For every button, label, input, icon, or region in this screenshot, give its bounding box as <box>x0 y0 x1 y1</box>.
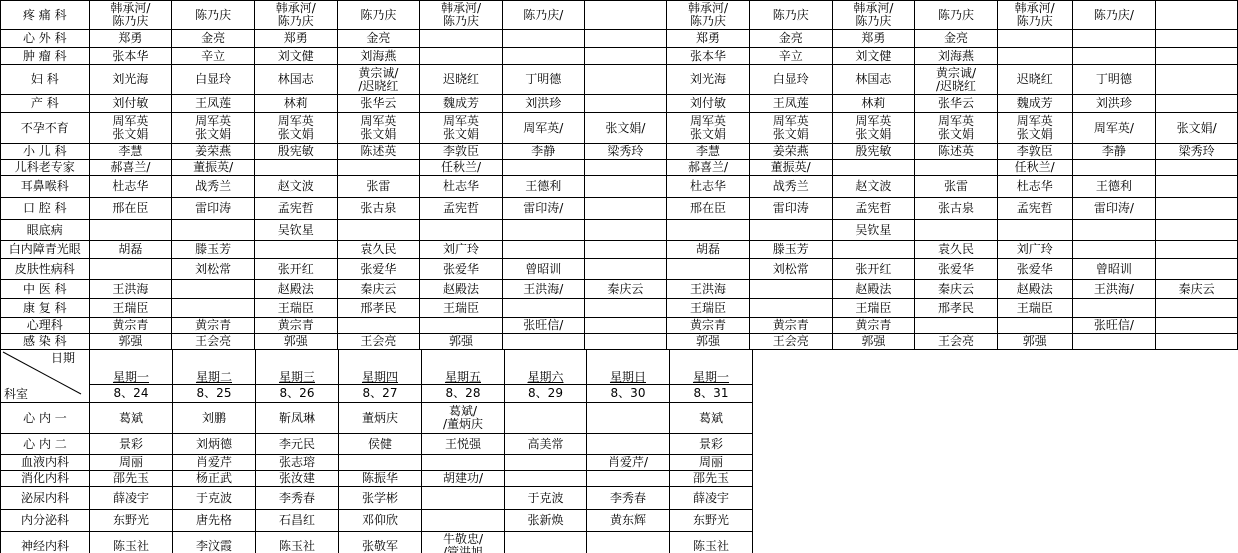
date-row: 8、24 8、25 8、26 8、27 8、28 8、29 8、30 8、31 <box>1 384 753 402</box>
doctor-cell: 李静 <box>1072 144 1156 160</box>
table-row: 口 腔 科邢在臣雷印涛孟宪哲张古泉孟宪哲雷印涛/邢在臣雷印涛孟宪哲张古泉孟宪哲雷… <box>1 198 1238 220</box>
doctor-cell: 殷宪敏 <box>832 144 915 160</box>
doctor-cell: 李元民 <box>256 434 339 455</box>
doctor-cell <box>1156 1 1238 30</box>
table-row: 心理科黄宗青黄宗青黄宗青张旺信/黄宗青黄宗青黄宗青张旺信/ <box>1 318 1238 334</box>
date-header: 8、25 <box>173 384 256 402</box>
doctor-cell: 张华云 <box>337 95 420 113</box>
doctor-cell <box>584 334 667 350</box>
dept-axis-label: 科室 <box>4 388 28 401</box>
doctor-cell: 魏成芳 <box>997 95 1072 113</box>
doctor-cell: 李静 <box>502 144 584 160</box>
doctor-cell <box>502 299 584 318</box>
doctor-cell: 滕玉芳 <box>749 241 832 259</box>
doctor-cell <box>1072 241 1156 259</box>
doctor-cell: 石昌红 <box>256 510 339 532</box>
doctor-cell: 吴钦星 <box>832 220 915 241</box>
table-row: 耳鼻喉科杜志华战秀兰赵文波张雷杜志华王德利杜志华战秀兰赵文波张雷杜志华王德利 <box>1 176 1238 198</box>
doctor-cell: 张旺信/ <box>1072 318 1156 334</box>
date-header: 8、24 <box>90 384 173 402</box>
doctor-cell: 雷印涛/ <box>1072 198 1156 220</box>
doctor-cell: 张雷 <box>337 176 420 198</box>
table-row: 泌尿内科薛凌宇于克波李秀春张学彬于克波李秀春薛凌宇 <box>1 487 753 510</box>
doctor-cell <box>587 532 670 553</box>
doctor-cell: 周军英 张文娟 <box>832 113 915 144</box>
doctor-cell: 战秀兰 <box>749 176 832 198</box>
doctor-cell: 刘广玲 <box>997 241 1072 259</box>
doctor-cell: 邓仰欣 <box>339 510 422 532</box>
doctor-cell: 薛凌宇 <box>670 487 753 510</box>
doctor-cell: 李秀春 <box>256 487 339 510</box>
bottom-schedule-table: 日期 科室 星期一 星期二 星期三 星期四 星期五 星期六 星期日 星期一 8、… <box>0 349 753 553</box>
table-row: 中 医 科王洪海赵殿法秦庆云赵殿法王洪海/秦庆云王洪海赵殿法秦庆云赵殿法王洪海/… <box>1 280 1238 299</box>
doctor-cell <box>749 299 832 318</box>
doctor-cell <box>502 48 584 65</box>
doctor-cell <box>584 198 667 220</box>
doctor-cell: 葛斌 <box>90 403 173 434</box>
weekday-header: 星期三 <box>256 350 339 385</box>
doctor-cell: 白显玲 <box>749 65 832 95</box>
doctor-cell <box>1156 334 1238 350</box>
doctor-cell: 胡磊 <box>89 241 172 259</box>
doctor-cell: 杜志华 <box>89 176 172 198</box>
date-header: 8、29 <box>505 384 587 402</box>
doctor-cell <box>587 403 670 434</box>
date-header: 8、31 <box>670 384 753 402</box>
doctor-cell: 陈玉社 <box>670 532 753 553</box>
doctor-cell <box>667 220 750 241</box>
doctor-cell: 任秋兰/ <box>997 160 1072 176</box>
doctor-cell <box>584 318 667 334</box>
doctor-cell: 杜志华 <box>420 176 503 198</box>
doctor-cell: 周军英 张文娟 <box>420 113 503 144</box>
doctor-cell: 黄宗青 <box>89 318 172 334</box>
doctor-cell <box>337 220 420 241</box>
doctor-cell: 张敬军 <box>339 532 422 553</box>
doctor-cell: 李慧 <box>89 144 172 160</box>
date-header: 8、27 <box>339 384 422 402</box>
doctor-cell: 周军英 张文娟 <box>915 113 998 144</box>
doctor-cell: 林国志 <box>832 65 915 95</box>
doctor-cell: 王瑞臣 <box>667 299 750 318</box>
doctor-cell: 秦庆云 <box>1156 280 1238 299</box>
doctor-cell: 陈乃庆/ <box>502 1 584 30</box>
doctor-cell <box>1156 65 1238 95</box>
table-row: 内分泌科东野光唐先格石昌红邓仰欣张新焕黄东辉东野光 <box>1 510 753 532</box>
doctor-cell <box>584 160 667 176</box>
doctor-cell: 张古泉 <box>915 198 998 220</box>
doctor-cell: 董炳庆 <box>339 403 422 434</box>
doctor-cell <box>422 487 505 510</box>
doctor-cell <box>997 318 1072 334</box>
doctor-cell <box>587 471 670 487</box>
doctor-cell <box>254 241 337 259</box>
doctor-cell <box>832 241 915 259</box>
department-name: 神经内科 <box>1 532 90 553</box>
doctor-cell: 张华云 <box>915 95 998 113</box>
doctor-cell: 王凤莲 <box>749 95 832 113</box>
department-name: 不孕不育 <box>1 113 90 144</box>
doctor-cell: 邵先玉 <box>670 471 753 487</box>
doctor-cell: 景彩 <box>90 434 173 455</box>
doctor-cell <box>1156 299 1238 318</box>
table-row: 康 复 科王瑞臣王瑞臣邢孝民王瑞臣王瑞臣王瑞臣邢孝民王瑞臣 <box>1 299 1238 318</box>
doctor-cell <box>749 280 832 299</box>
doctor-cell: 张学彬 <box>339 487 422 510</box>
doctor-cell: 周军英 张文娟 <box>997 113 1072 144</box>
doctor-cell: 黄宗诚/ /迟晓红 <box>337 65 420 95</box>
doctor-cell <box>584 220 667 241</box>
doctor-cell: 孟宪哲 <box>254 198 337 220</box>
table-row: 消化内科邵先玉杨正武张汝建陈振华胡建功/邵先玉 <box>1 471 753 487</box>
doctor-cell: 郑勇 <box>832 30 915 48</box>
doctor-cell: 陈乃庆 <box>172 1 255 30</box>
doctor-cell <box>1156 95 1238 113</box>
weekday-header: 星期六 <box>505 350 587 385</box>
doctor-cell: 张文娟/ <box>584 113 667 144</box>
department-name: 中 医 科 <box>1 280 90 299</box>
doctor-cell: 赵文波 <box>832 176 915 198</box>
doctor-cell: 杜志华 <box>997 176 1072 198</box>
doctor-cell: 张文娟/ <box>1156 113 1238 144</box>
doctor-cell: 王会亮 <box>915 334 998 350</box>
doctor-cell: 葛斌/ /董炳庆 <box>422 403 505 434</box>
doctor-cell: 陈述英 <box>915 144 998 160</box>
doctor-cell <box>254 160 337 176</box>
doctor-cell: 葛斌 <box>670 403 753 434</box>
department-name: 小 儿 科 <box>1 144 90 160</box>
department-name: 心理科 <box>1 318 90 334</box>
table-row: 皮肤性病科刘松常张开红张爱华张爱华曾昭训刘松常张开红张爱华张爱华曾昭训 <box>1 259 1238 280</box>
doctor-cell: 王瑞臣 <box>420 299 503 318</box>
doctor-cell: 周丽 <box>670 455 753 471</box>
doctor-cell: 丁明德 <box>1072 65 1156 95</box>
doctor-cell: 刘光海 <box>89 65 172 95</box>
doctor-cell: 刘光海 <box>667 65 750 95</box>
doctor-cell: 李敦臣 <box>997 144 1072 160</box>
doctor-cell: 雷印涛 <box>749 198 832 220</box>
doctor-cell: 韩承河/ 陈乃庆 <box>997 1 1072 30</box>
date-header: 8、26 <box>256 384 339 402</box>
doctor-cell: 陈乃庆 <box>749 1 832 30</box>
doctor-cell: 秦庆云 <box>337 280 420 299</box>
department-name: 血液内科 <box>1 455 90 471</box>
doctor-cell: 刘海燕 <box>337 48 420 65</box>
doctor-cell: 牛敬忠/ /管洪旭 <box>422 532 505 553</box>
doctor-cell <box>1156 198 1238 220</box>
table-row: 心 外 科郑勇金亮郑勇金亮郑勇金亮郑勇金亮 <box>1 30 1238 48</box>
table-row: 血液内科周丽肖爱芹张志瑢肖爱芹/周丽 <box>1 455 753 471</box>
doctor-cell: 迟晓红 <box>997 65 1072 95</box>
doctor-cell: 任秋兰/ <box>420 160 503 176</box>
weekday-header: 星期日 <box>587 350 670 385</box>
department-name: 妇 科 <box>1 65 90 95</box>
doctor-cell: 王瑞臣 <box>832 299 915 318</box>
doctor-cell: 王悦强 <box>422 434 505 455</box>
doctor-cell <box>420 48 503 65</box>
table-row: 神经内科陈玉社李汶霞陈玉社张敬军牛敬忠/ /管洪旭陈玉社 <box>1 532 753 553</box>
corner-header-cell: 日期 科室 <box>1 350 90 403</box>
doctor-cell: 黄宗诚/ /迟晓红 <box>915 65 998 95</box>
doctor-cell <box>337 318 420 334</box>
doctor-cell <box>587 434 670 455</box>
doctor-cell: 曾昭训 <box>502 259 584 280</box>
doctor-cell <box>1072 160 1156 176</box>
department-name: 口 腔 科 <box>1 198 90 220</box>
doctor-cell: 周军英/ <box>502 113 584 144</box>
department-name: 心 内 二 <box>1 434 90 455</box>
doctor-cell <box>1156 176 1238 198</box>
doctor-cell <box>502 220 584 241</box>
doctor-cell: 侯健 <box>339 434 422 455</box>
doctor-cell <box>505 471 587 487</box>
department-name: 消化内科 <box>1 471 90 487</box>
table-row: 小 儿 科李慧姜荣燕殷宪敏陈述英李敦臣李静梁秀玲李慧姜荣燕殷宪敏陈述英李敦臣李静… <box>1 144 1238 160</box>
doctor-cell: 孟宪哲 <box>420 198 503 220</box>
doctor-cell: 魏成芳 <box>420 95 503 113</box>
doctor-cell: 陈乃庆 <box>337 1 420 30</box>
doctor-cell: 刘海燕 <box>915 48 998 65</box>
doctor-cell: 韩承河/ 陈乃庆 <box>254 1 337 30</box>
doctor-cell: 赵殿法 <box>420 280 503 299</box>
doctor-cell: 白显玲 <box>172 65 255 95</box>
doctor-cell <box>502 30 584 48</box>
doctor-cell: 刘松常 <box>749 259 832 280</box>
doctor-cell: 刘广玲 <box>420 241 503 259</box>
doctor-cell: 郑勇 <box>667 30 750 48</box>
table-row: 白内障青光眼胡磊滕玉芳袁久民刘广玲胡磊滕玉芳袁久民刘广玲 <box>1 241 1238 259</box>
doctor-cell: 张爱华 <box>420 259 503 280</box>
department-name: 康 复 科 <box>1 299 90 318</box>
doctor-cell <box>584 241 667 259</box>
table-row: 儿科老专家郝喜兰/董振英/任秋兰/郝喜兰/董振英/任秋兰/ <box>1 160 1238 176</box>
doctor-cell: 丁明德 <box>502 65 584 95</box>
doctor-cell: 赵殿法 <box>832 280 915 299</box>
doctor-cell: 薛凌宇 <box>90 487 173 510</box>
doctor-cell <box>1072 334 1156 350</box>
doctor-cell: 张爱华 <box>997 259 1072 280</box>
doctor-cell: 景彩 <box>670 434 753 455</box>
doctor-cell <box>502 160 584 176</box>
doctor-cell <box>915 160 998 176</box>
department-name: 皮肤性病科 <box>1 259 90 280</box>
doctor-cell: 孟宪哲 <box>832 198 915 220</box>
doctor-cell: 周丽 <box>90 455 173 471</box>
department-name: 泌尿内科 <box>1 487 90 510</box>
doctor-cell: 王德利 <box>502 176 584 198</box>
doctor-cell <box>584 65 667 95</box>
doctor-cell: 辛立 <box>172 48 255 65</box>
doctor-cell: 郑勇 <box>89 30 172 48</box>
doctor-cell: 刘付敏 <box>667 95 750 113</box>
table-row: 眼底病吴钦星吴钦星 <box>1 220 1238 241</box>
doctor-cell <box>584 30 667 48</box>
weekday-header: 星期一 <box>670 350 753 385</box>
department-name: 白内障青光眼 <box>1 241 90 259</box>
department-name: 内分泌科 <box>1 510 90 532</box>
doctor-cell <box>1072 30 1156 48</box>
doctor-cell: 周军英 张文娟 <box>337 113 420 144</box>
doctor-cell: 刘松常 <box>172 259 255 280</box>
doctor-cell: 雷印涛 <box>172 198 255 220</box>
department-name: 产 科 <box>1 95 90 113</box>
doctor-cell: 肖爱芹 <box>173 455 256 471</box>
doctor-cell: 王瑞臣 <box>89 299 172 318</box>
doctor-cell: 王凤莲 <box>172 95 255 113</box>
doctor-cell <box>1156 318 1238 334</box>
doctor-cell: 张本华 <box>89 48 172 65</box>
doctor-cell: 郭强 <box>254 334 337 350</box>
doctor-cell: 张开红 <box>254 259 337 280</box>
doctor-cell <box>420 318 503 334</box>
doctor-cell <box>172 220 255 241</box>
doctor-cell: 王洪海/ <box>502 280 584 299</box>
doctor-cell: 周军英 张文娟 <box>667 113 750 144</box>
doctor-cell: 孟宪哲 <box>997 198 1072 220</box>
doctor-cell: 王洪海 <box>89 280 172 299</box>
doctor-cell: 周军英 张文娟 <box>172 113 255 144</box>
doctor-cell: 辛立 <box>749 48 832 65</box>
doctor-cell <box>502 334 584 350</box>
doctor-cell: 雷印涛/ <box>502 198 584 220</box>
doctor-cell <box>422 510 505 532</box>
table-row: 不孕不育周军英 张文娟周军英 张文娟周军英 张文娟周军英 张文娟周军英 张文娟周… <box>1 113 1238 144</box>
doctor-cell: 邢在臣 <box>89 198 172 220</box>
doctor-cell: 张志瑢 <box>256 455 339 471</box>
doctor-cell: 滕玉芳 <box>172 241 255 259</box>
doctor-cell: 张汝建 <box>256 471 339 487</box>
doctor-cell: 黄东辉 <box>587 510 670 532</box>
doctor-cell: 李慧 <box>667 144 750 160</box>
department-name: 疼 痛 科 <box>1 1 90 30</box>
doctor-cell <box>420 220 503 241</box>
doctor-cell: 金亮 <box>749 30 832 48</box>
table-row: 疼 痛 科韩承河/ 陈乃庆陈乃庆韩承河/ 陈乃庆陈乃庆韩承河/ 陈乃庆陈乃庆/韩… <box>1 1 1238 30</box>
doctor-cell: 陈乃庆/ <box>1072 1 1156 30</box>
doctor-cell <box>749 220 832 241</box>
doctor-cell: 刘洪珍 <box>502 95 584 113</box>
doctor-cell: 东野光 <box>90 510 173 532</box>
weekday-header: 星期五 <box>422 350 505 385</box>
doctor-cell: 胡磊 <box>667 241 750 259</box>
doctor-cell <box>1156 259 1238 280</box>
doctor-cell: 刘炳德 <box>173 434 256 455</box>
doctor-cell: 于克波 <box>173 487 256 510</box>
doctor-cell: 曾昭训 <box>1072 259 1156 280</box>
doctor-cell: 刘文健 <box>254 48 337 65</box>
doctor-cell: 郝喜兰/ <box>667 160 750 176</box>
doctor-cell: 秦庆云 <box>584 280 667 299</box>
doctor-cell: 赵殿法 <box>254 280 337 299</box>
doctor-cell: 李秀春 <box>587 487 670 510</box>
doctor-cell: 张开红 <box>832 259 915 280</box>
doctor-cell <box>1156 30 1238 48</box>
doctor-cell: 李汶霞 <box>173 532 256 553</box>
doctor-cell: 梁秀玲 <box>1156 144 1238 160</box>
doctor-cell: 黄宗青 <box>749 318 832 334</box>
doctor-cell: 韩承河/ 陈乃庆 <box>89 1 172 30</box>
doctor-cell <box>505 403 587 434</box>
doctor-cell: 秦庆云 <box>915 280 998 299</box>
doctor-cell: 姜荣燕 <box>749 144 832 160</box>
doctor-cell: 周军英 张文娟 <box>254 113 337 144</box>
doctor-cell: 梁秀玲 <box>584 144 667 160</box>
doctor-cell <box>997 30 1072 48</box>
doctor-cell: 刘文健 <box>832 48 915 65</box>
doctor-cell <box>1072 48 1156 65</box>
doctor-cell: 杜志华 <box>667 176 750 198</box>
doctor-cell <box>584 48 667 65</box>
doctor-cell <box>997 48 1072 65</box>
doctor-cell: 周军英/ <box>1072 113 1156 144</box>
doctor-cell <box>1156 220 1238 241</box>
department-name: 儿科老专家 <box>1 160 90 176</box>
doctor-cell: 张爱华 <box>337 259 420 280</box>
doctor-cell: 周军英 张文娟 <box>89 113 172 144</box>
doctor-cell <box>89 220 172 241</box>
doctor-cell <box>584 95 667 113</box>
doctor-cell <box>505 455 587 471</box>
doctor-cell: 林莉 <box>254 95 337 113</box>
weekday-header: 星期二 <box>173 350 256 385</box>
doctor-cell <box>667 259 750 280</box>
doctor-cell: 唐先格 <box>173 510 256 532</box>
doctor-cell: 于克波 <box>505 487 587 510</box>
doctor-cell: 靳凤琳 <box>256 403 339 434</box>
table-row: 妇 科刘光海白显玲林国志黄宗诚/ /迟晓红迟晓红丁明德刘光海白显玲林国志黄宗诚/… <box>1 65 1238 95</box>
doctor-cell: 王洪海 <box>667 280 750 299</box>
doctor-cell: 王会亮 <box>172 334 255 350</box>
doctor-cell: 东野光 <box>670 510 753 532</box>
weekday-header: 星期一 <box>90 350 173 385</box>
weekday-row: 日期 科室 星期一 星期二 星期三 星期四 星期五 星期六 星期日 星期一 <box>1 350 753 385</box>
table-row: 心 内 一葛斌刘鹏靳凤琳董炳庆葛斌/ /董炳庆葛斌 <box>1 403 753 434</box>
doctor-cell: 刘付敏 <box>89 95 172 113</box>
doctor-cell <box>337 160 420 176</box>
doctor-cell: 迟晓红 <box>420 65 503 95</box>
department-name: 心 内 一 <box>1 403 90 434</box>
doctor-cell: 张旺信/ <box>502 318 584 334</box>
doctor-cell: 王瑞臣 <box>254 299 337 318</box>
doctor-cell <box>915 318 998 334</box>
doctor-cell <box>832 160 915 176</box>
doctor-cell: 陈乃庆 <box>915 1 998 30</box>
doctor-cell: 董振英/ <box>749 160 832 176</box>
department-name: 肿 瘤 科 <box>1 48 90 65</box>
doctor-cell: 韩承河/ 陈乃庆 <box>832 1 915 30</box>
table-row: 感 染 科郭强王会亮郭强王会亮郭强郭强王会亮郭强王会亮郭强 <box>1 334 1238 350</box>
doctor-cell: 林国志 <box>254 65 337 95</box>
doctor-cell <box>422 455 505 471</box>
doctor-cell: 战秀兰 <box>172 176 255 198</box>
doctor-cell <box>89 259 172 280</box>
doctor-cell: 陈振华 <box>339 471 422 487</box>
doctor-cell: 王瑞臣 <box>997 299 1072 318</box>
doctor-cell: 黄宗青 <box>667 318 750 334</box>
doctor-cell: 林莉 <box>832 95 915 113</box>
doctor-cell <box>505 532 587 553</box>
doctor-cell: 郭强 <box>997 334 1072 350</box>
doctor-cell: 韩承河/ 陈乃庆 <box>667 1 750 30</box>
doctor-cell <box>915 220 998 241</box>
doctor-cell: 王会亮 <box>749 334 832 350</box>
doctor-cell <box>584 259 667 280</box>
doctor-cell <box>1156 48 1238 65</box>
doctor-cell: 郑勇 <box>254 30 337 48</box>
doctor-cell: 金亮 <box>915 30 998 48</box>
department-name: 眼底病 <box>1 220 90 241</box>
weekday-header: 星期四 <box>339 350 422 385</box>
